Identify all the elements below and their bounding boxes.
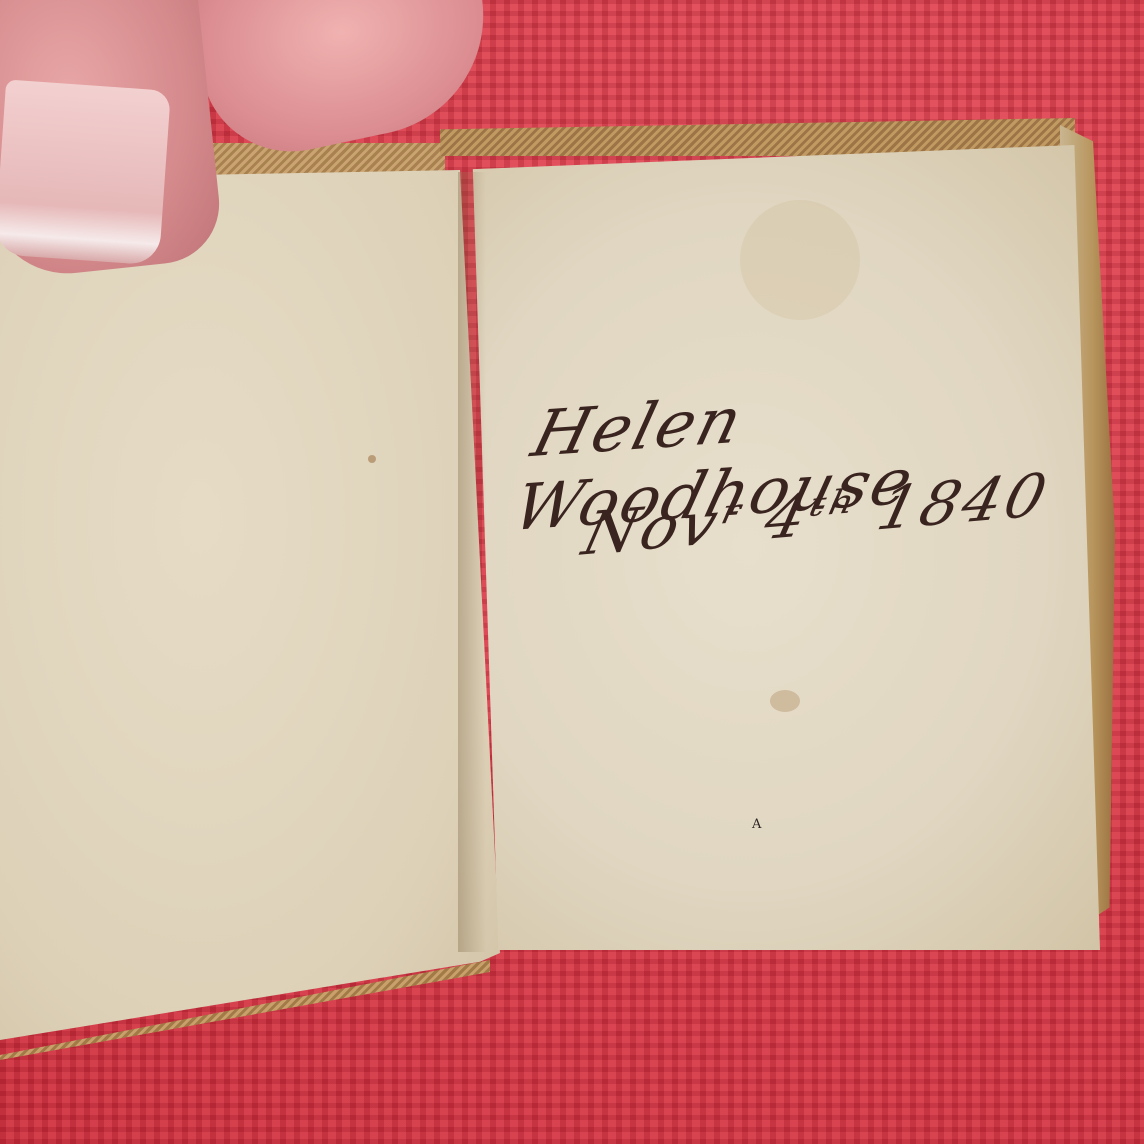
book-gutter	[458, 172, 498, 952]
printer-signature-mark: A	[752, 817, 761, 832]
handwritten-inscription: Helen Woodhouse Novʳ 4ᵗʰ 1840	[510, 360, 1050, 590]
water-stain	[740, 200, 860, 320]
foxing-stain	[770, 690, 800, 712]
thumbnail	[0, 79, 171, 265]
foxing-spot	[368, 455, 376, 463]
left-endpaper	[0, 170, 500, 1040]
